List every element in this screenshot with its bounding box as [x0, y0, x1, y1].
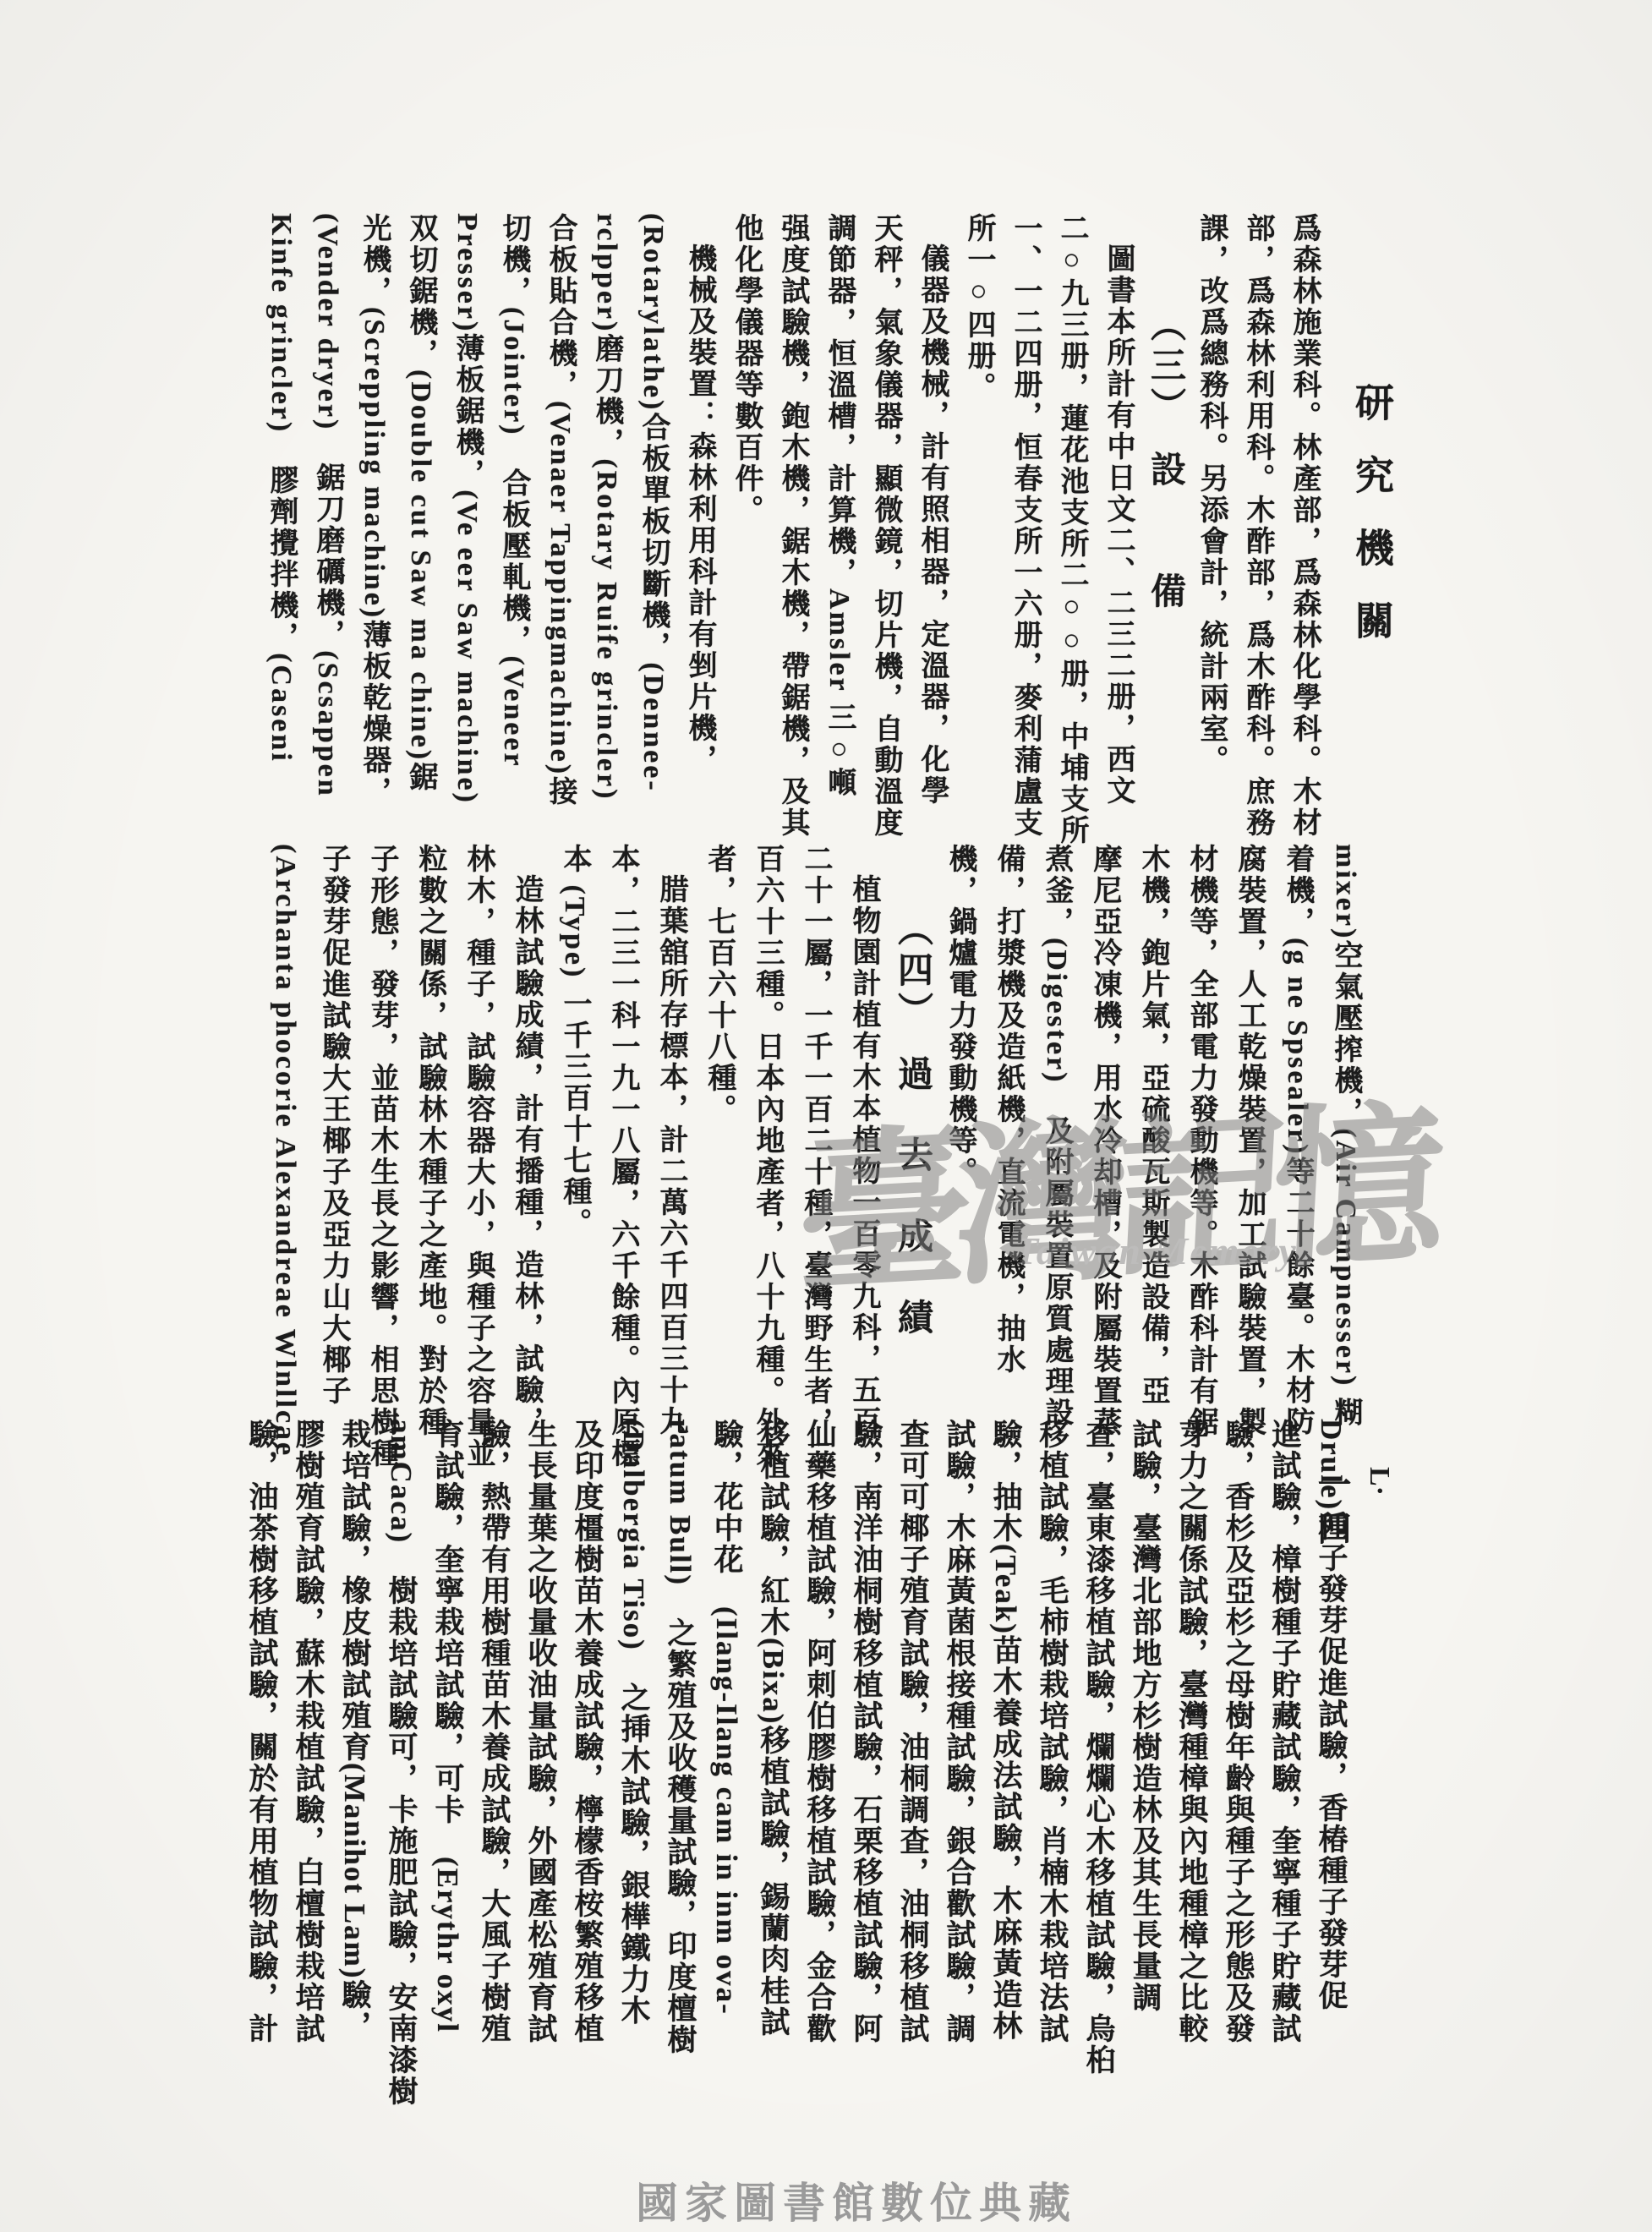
scanned-document-page: 研究機關 爲森林施業科。林產部，爲森林化學科。木材 部，爲森林利用科。木酢部，爲…: [0, 0, 1652, 2232]
column-text: 仙藥移植試驗，阿刺伯膠樹移植試驗，金合歡: [803, 1419, 836, 2044]
column-text: 課，改爲總務科。另添會計，統計兩室。: [1195, 213, 1227, 776]
text-column: 天秤，氣象儀器，顯微鏡，切片機，自動溫度: [862, 213, 909, 834]
text-column: 圖書本所計有中日文二、二三二册，西文: [1095, 213, 1141, 865]
text-column: 移植試驗，紅木(Bixa)移植試驗，錫蘭肉桂試: [750, 1419, 796, 2120]
column-text: 試驗，木麻黃菌根接種試驗，銀合歡試驗，調: [943, 1419, 976, 2044]
column-text: Kinfe grincler) 膠劑攪拌機，(Caseni: [265, 213, 297, 763]
text-column: 驗，香杉及亞杉之母樹年齡與種子之形態及發: [1215, 1419, 1261, 2120]
text-column: (Vender dryer) 鋸刀磨礪機，(Scsappen: [304, 213, 351, 834]
column-text: 合板貼合機，(Venaer Tappingmachine)接: [544, 213, 576, 807]
column-text: (Vender dryer) 鋸刀磨礪機，(Scsappen: [312, 213, 343, 798]
section-past-results-band: mixer)空氣壓搾機，(Air Campnesser) 糊 着機，(g ne …: [243, 844, 1370, 1436]
column-text: 子形態，發芽，並苗木生長之影響，相思樹種: [366, 844, 397, 1469]
column-text: 子發芽促進試驗大王椰子及亞力山大椰子: [318, 844, 349, 1407]
text-column: (Dalbergia Tiso) 之挿木試驗，銀樺鐵力木: [610, 1419, 657, 2120]
column-text: 所一○四册。: [963, 213, 994, 403]
text-column: amCaca) 樹栽培試驗可，卡施肥試驗，安南漆樹: [378, 1419, 424, 2120]
text-column: 驗，抽木(Teak)苗木養成法試驗，木麻黃造林: [982, 1419, 1029, 2120]
text-column: rclpper)磨刀機，(Rotary Ruife grincler): [583, 213, 630, 834]
text-column: 二十一屬，一千一百二十種，臺灣野生者，二: [791, 844, 840, 1436]
text-column: 查，臺東漆移植試驗，爛爛心木移植試驗，烏桕: [1075, 1419, 1122, 2120]
text-column: 課，改爲總務科。另添會計，統計兩室。: [1188, 213, 1234, 834]
text-column: ratum Bull) 之繁殖及收穫量試驗，印度檀樹: [657, 1419, 703, 2120]
column-text: 本，二三一科一九一八屬，六千餘種。內原標: [607, 844, 638, 1469]
column-text: 二○九三册，蓮花池支所二○○册，中埔支所: [1056, 213, 1087, 846]
text-column: （四） 過 去 成 績: [888, 844, 936, 1502]
text-column: 及印度橿樹苗木養成試驗，檸檬香桉繁殖移植: [564, 1419, 610, 2120]
text-column: 子發芽促進試驗大王椰子及亞力山大椰子: [309, 844, 358, 1436]
column-text: 他化學儀器等數百件。: [730, 213, 762, 526]
text-column: 芽力之關係試驗，臺灣種樟與內地種樟之比較: [1168, 1419, 1215, 2120]
text-column: 查可可椰子殖育試驗，油桐調查，油桐移植試: [889, 1419, 936, 2120]
column-text: amCaca) 樹栽培試驗可，卡施肥試驗，安南漆樹: [385, 1419, 418, 2107]
text-column: 强度試驗機，鉋木機，鋸木機，帶鋸機，及其: [769, 213, 816, 834]
page-marker-top: L·: [1355, 1467, 1403, 1533]
column-text: 强度試驗機，鉋木機，鋸木機，帶鋸機，及其: [777, 213, 808, 839]
text-column: 試驗，木麻黃菌根接種試驗，銀合歡試驗，調: [936, 1419, 982, 2120]
column-text: 膠樹殖育試驗，蘇木栽植試驗，白檀樹栽培試: [292, 1419, 325, 2044]
column-text: (Dalbergia Tiso) 之挿木試驗，銀樺鐵力木: [617, 1419, 650, 2027]
column-text: 芽力之關係試驗，臺灣種樟與內地種樟之比較: [1175, 1419, 1208, 2044]
column-text: (Rotarylathe)合板單板切斷機，(Dennee-: [637, 213, 669, 793]
column-text: 機，鍋爐電力發動機等。: [944, 844, 976, 1188]
text-column: 粒數之關係，試驗林木種子之產地。對於種: [406, 844, 454, 1436]
text-column: 一、一二四册，恒春支所一六册，麥利蒲盧支: [1002, 213, 1048, 834]
page-marker-number: 一四: [1308, 1467, 1355, 1555]
column-text: 調節器，恒溫槽，計算機，Amsler 三○噸: [823, 213, 855, 799]
column-text: 驗，花中花 (Ilang-Ilang cam in inm ova-: [710, 1419, 743, 2016]
column-text: 光機，(Screppling machine)薄板乾燥器，: [358, 213, 390, 807]
column-text: 一、一二四册，恒春支所一六册，麥利蒲盧支: [1009, 213, 1041, 839]
text-column: 驗，油茶樹移植試驗，關於有用植物試驗，計: [238, 1419, 285, 2120]
text-column: Presser)薄板鋸機，(Ve eer Saw machine): [444, 213, 490, 834]
column-text: 腐裝置，人工乾燥裝置，加工試驗裝置，製: [1234, 844, 1265, 1438]
column-text: 切機，(Jointer) 合板壓軋機，(Veneer: [498, 213, 529, 769]
text-column: 者，七百六十八種。: [695, 844, 743, 1436]
text-column: 爲森林施業科。林產部，爲森林化學科。木材: [1281, 213, 1327, 834]
text-column: 切機，(Jointer) 合板壓軋機，(Veneer: [490, 213, 537, 834]
text-column: 進試驗，樟樹種子貯藏試驗，奎寧種子貯藏試: [1261, 1419, 1308, 2120]
text-column: 部，爲森林利用科。木酢部，爲木酢科。庶務: [1234, 213, 1281, 834]
text-column: (Archanta phocorie Alexandreae Wlnllcae: [261, 844, 309, 1436]
text-column: 驗，熱帶有用樹種苗木養成試驗，大風子樹殖: [471, 1419, 517, 2120]
column-text: 育試驗，奎寧栽培試驗，可卡 (Erythr oxyl: [431, 1419, 464, 2033]
column-text: 試驗，臺灣北部地方杉樹造林及其生長量調: [1129, 1419, 1162, 2013]
column-text: 天秤，氣象儀器，顯微鏡，切片機，自動溫度: [870, 213, 901, 839]
column-text: 爲森林施業科。林產部，爲森林化學科。木材: [1288, 213, 1320, 839]
column-text: 粒數之關係，試驗林木種子之產地。對於種: [414, 844, 446, 1438]
column-text: 備，打漿機及造紙機，直流電機，抽水: [993, 844, 1024, 1376]
column-text: 移植試驗，紅木(Bixa)移植試驗，錫蘭肉桂試: [757, 1419, 790, 2038]
column-text: 驗，香杉及亞杉之母樹年齡與種子之形態及發: [1222, 1419, 1255, 2044]
text-column: 植物園計植有木本植物一百零九科，五百: [840, 844, 888, 1466]
page-header-title: 研究機關: [1346, 382, 1397, 673]
text-column: 合板貼合機，(Venaer Tappingmachine)接: [537, 213, 583, 834]
column-text: 林木，種子，試驗容器大小，與種子之容量並: [462, 844, 494, 1469]
section-equipment-band: 爲森林施業科。林產部，爲森林化學科。木材 部，爲森林利用科。木酢部，爲木酢科。庶…: [252, 213, 1327, 834]
text-column: 栽培試驗，橡皮樹試殖育(Manihot Lam)驗，: [331, 1419, 378, 2120]
text-column: 生長量葉之收量收油量試驗，外國產松殖育試: [517, 1419, 564, 2120]
text-column: 二○九三册，蓮花池支所二○○册，中埔支所: [1048, 213, 1095, 834]
text-column: 百六十三種。日本內地產者，八十九種。外來: [743, 844, 791, 1436]
text-column: mixer)空氣壓搾機，(Air Campnesser) 糊: [1321, 844, 1370, 1436]
page-number-marker: L· 一四: [1355, 1467, 1403, 1555]
column-text: 二十一屬，一千一百二十種，臺灣野生者，二: [800, 844, 831, 1469]
column-text: ratum Bull) 之繁殖及收穫量試驗，印度檀樹: [664, 1419, 697, 2055]
column-text: 機械及裝置：森林利用科計有剉片機，: [684, 243, 715, 775]
column-text: 植物園計植有木本植物一百零九科，五百: [848, 874, 879, 1437]
archive-footer-label: 國家圖書館數位典藏: [636, 2169, 1077, 2230]
column-text: 百六十三種。日本內地產者，八十九種。外來: [752, 844, 783, 1469]
column-text: 圖書本所計有中日文二、二三二册，西文: [1102, 243, 1134, 807]
text-column: 機械及裝置：森林利用科計有剉片機，: [676, 213, 723, 865]
column-text: 查可可椰子殖育試驗，油桐調查，油桐移植試: [896, 1419, 929, 2044]
text-column: 摩尼亞冷凍機，用水冷却槽，及附屬裝置蒸: [1080, 844, 1129, 1436]
text-column: 双切鋸機，(Double cut Saw ma chine)鋸: [397, 213, 444, 834]
column-text: 移植試驗，毛柿樹栽培試驗，肖楠木栽培法試: [1036, 1419, 1069, 2044]
column-text: mixer)空氣壓搾機，(Air Campnesser) 糊: [1330, 844, 1361, 1429]
text-column: 他化學儀器等數百件。: [723, 213, 769, 834]
text-column: Kinfe grincler) 膠劑攪拌機，(Caseni: [258, 213, 304, 834]
text-column: 煮釜，(Digester) 及附屬裝置原質處理設: [1032, 844, 1080, 1436]
column-text: 者，七百六十八種。: [703, 844, 735, 1125]
text-column: 試驗，臺灣北部地方杉樹造林及其生長量調: [1122, 1419, 1168, 2120]
column-text: 煮釜，(Digester) 及附屬裝置原質處理設: [1041, 844, 1072, 1428]
text-column: 驗，花中花 (Ilang-Ilang cam in inm ova-: [703, 1419, 750, 2120]
column-text: 生長量葉之收量收油量試驗，外國產松殖育試: [524, 1419, 557, 2044]
column-text: （四） 過 去 成 績: [893, 911, 932, 1339]
column-text: 儀器及機械，計有照相器，定溫器，化學: [916, 243, 948, 807]
text-column: 儀器及機械，計有照相器，定溫器，化學: [909, 213, 955, 865]
text-column: 本 (Type) 一千三百十七種。: [550, 844, 599, 1436]
column-text: 着機，(g ne Spsealer)等二十餘臺。木材防: [1282, 844, 1313, 1437]
column-text: 進試驗，樟樹種子貯藏試驗，奎寧種子貯藏試: [1268, 1419, 1301, 2044]
column-text: 驗，南洋油桐樹移植試驗，石栗移植試驗，阿: [850, 1419, 883, 2044]
text-column: 材機等，全部電力發動機等。木酢科計有鋸: [1177, 844, 1225, 1436]
text-column: 膠樹殖育試驗，蘇木栽植試驗，白檀樹栽培試: [285, 1419, 331, 2120]
text-column: 腊葉舘所存標本，計二萬六千四百三十九: [647, 844, 695, 1466]
column-text: 摩尼亞冷凍機，用水冷却槽，及附屬裝置蒸: [1089, 844, 1120, 1438]
column-text: 腊葉舘所存標本，計二萬六千四百三十九: [655, 874, 687, 1437]
text-column: 腐裝置，人工乾燥裝置，加工試驗裝置，製: [1225, 844, 1273, 1436]
column-text: rclpper)磨刀機，(Rotary Ruife grincler): [591, 213, 622, 801]
text-column: 驗，南洋油桐樹移植試驗，石栗移植試驗，阿: [843, 1419, 889, 2120]
column-text: （三） 設 備: [1146, 306, 1184, 613]
column-text: Presser)薄板鋸機，(Ve eer Saw machine): [451, 213, 483, 805]
text-column: 造林試驗成績，計有播種，造林，試驗，: [502, 844, 550, 1466]
text-column: 機，鍋爐電力發動機等。: [936, 844, 984, 1436]
text-column: 光機，(Screppling machine)薄板乾燥器，: [351, 213, 397, 834]
text-column: 本，二三一科一九一八屬，六千餘種。內原標: [599, 844, 647, 1436]
column-text: 材機等，全部電力發動機等。木酢科計有鋸: [1185, 844, 1217, 1438]
column-text: 部，爲森林利用科。木酢部，爲木酢科。庶務: [1242, 213, 1273, 839]
column-text: 双切鋸機，(Double cut Saw ma chine)鋸: [405, 213, 436, 793]
column-text: 驗，抽木(Teak)苗木養成法試驗，木麻黃造林: [989, 1419, 1022, 2042]
text-column: 林木，種子，試驗容器大小，與種子之容量並: [454, 844, 502, 1436]
column-text: 栽培試驗，橡皮樹試殖育(Manihot Lam)驗，: [338, 1419, 371, 2042]
text-column: 育試驗，奎寧栽培試驗，可卡 (Erythr oxyl: [424, 1419, 471, 2120]
text-column: （三） 設 備: [1141, 213, 1188, 927]
column-text: 及印度橿樹苗木養成試驗，檸檬香桉繁殖移植: [571, 1419, 604, 2044]
column-text: 驗，熱帶有用樹種苗木養成試驗，大風子樹殖: [478, 1419, 511, 2044]
experiments-list-band: Drule)種子發芽促進試驗，香椿種子發芽促 進試驗，樟樹種子貯藏試驗，奎寧種子…: [238, 1419, 1354, 2120]
text-column: 所一○四册。: [955, 213, 1002, 834]
text-column: 移植試驗，毛柿樹栽培試驗，肖楠木栽培法試: [1029, 1419, 1075, 2120]
column-text: 本 (Type) 一千三百十七種。: [559, 844, 590, 1239]
text-column: 仙藥移植試驗，阿刺伯膠樹移植試驗，金合歡: [796, 1419, 843, 2120]
column-text: 查，臺東漆移植試驗，爛爛心木移植試驗，烏桕: [1082, 1419, 1115, 2076]
text-column: 木機，鉋片氣，亞硫酸瓦斯製造設備，亞: [1129, 844, 1177, 1436]
text-column: 調節器，恒溫槽，計算機，Amsler 三○噸: [816, 213, 862, 834]
column-text: 驗，油茶樹移植試驗，關於有用植物試驗，計: [245, 1419, 278, 2044]
column-text: (Archanta phocorie Alexandreae Wlnllcae: [270, 844, 301, 1458]
column-text: 木機，鉋片氣，亞硫酸瓦斯製造設備，亞: [1137, 844, 1168, 1407]
text-column: 子形態，發芽，並苗木生長之影響，相思樹種: [358, 844, 406, 1436]
text-column: 備，打漿機及造紙機，直流電機，抽水: [984, 844, 1032, 1436]
column-text: 造林試驗成績，計有播種，造林，試驗，: [511, 874, 542, 1437]
text-column: (Rotarylathe)合板單板切斷機，(Dennee-: [630, 213, 676, 834]
text-column: 着機，(g ne Spsealer)等二十餘臺。木材防: [1273, 844, 1321, 1436]
